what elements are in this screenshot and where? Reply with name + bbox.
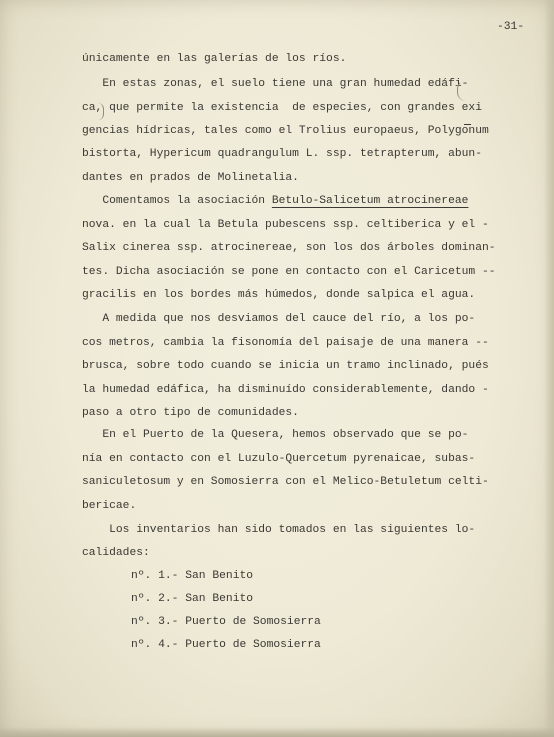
text-line: nova. en la cual la Betula pubescens ssp… (82, 218, 489, 232)
locality-item: nº. 3.- Puerto de Somosierra (131, 615, 321, 629)
handwritten-open-paren-mark (457, 80, 466, 101)
text-line: bericae. (82, 499, 136, 513)
text-line: ca, que permite la existencia de especie… (82, 101, 482, 115)
text-line: saniculetosum y en Somosierra con el Mel… (82, 475, 489, 489)
locality-item: nº. 4.- Puerto de Somosierra (131, 638, 321, 652)
association-name-underlined: Betulo-Salicetum atrocinereae (272, 195, 469, 207)
text-line: Salix cinerea ssp. atrocinereae, son los… (82, 241, 496, 255)
text-line: gencias hídricas, tales como el Trolius … (82, 124, 489, 138)
text-line: calidades: (82, 546, 150, 560)
handwritten-close-paren-mark (98, 103, 104, 120)
text-line: En el Puerto de la Quesera, hemos observ… (82, 428, 468, 442)
locality-item: nº. 1.- San Benito (131, 569, 253, 583)
text-line: A medida que nos desviamos del cauce del… (82, 312, 475, 326)
text-line: dantes en prados de Molinetalia. (82, 171, 299, 185)
text-line: Los inventarios han sido tomados en las … (82, 523, 475, 537)
text-line: paso a otro tipo de comunidades. (82, 406, 299, 420)
page-number: -31- (497, 20, 524, 34)
text-line: cos metros, cambia la fisonomía del pais… (82, 336, 489, 350)
text-line: gracilis en los bordes más húmedos, dond… (82, 288, 475, 302)
page-edge-shadow (544, 0, 554, 737)
text-line: brusca, sobre todo cuando se inicia un t… (82, 359, 489, 373)
locality-item: nº. 2.- San Benito (131, 592, 253, 606)
text-line: bistorta, Hypericum quadrangulum L. ssp.… (82, 147, 482, 161)
typewritten-page: -31- únicamente en las galerías de los r… (0, 0, 554, 737)
text-line: En estas zonas, el suelo tiene una gran … (82, 77, 468, 91)
text-line: únicamente en las galerías de los ríos. (82, 52, 346, 66)
text-line: tes. Dicha asociación se pone en contact… (82, 265, 496, 279)
text-segment: Comentamos la asociación (82, 195, 272, 207)
text-line: Comentamos la asociación Betulo-Salicetu… (82, 194, 468, 208)
underlined-character-mark (464, 124, 471, 125)
text-line: nía en contacto con el Luzulo-Quercetum … (82, 452, 475, 466)
page-edge-shadow-bottom (0, 727, 554, 737)
text-line: la humedad edáfica, ha disminuído consid… (82, 383, 489, 397)
